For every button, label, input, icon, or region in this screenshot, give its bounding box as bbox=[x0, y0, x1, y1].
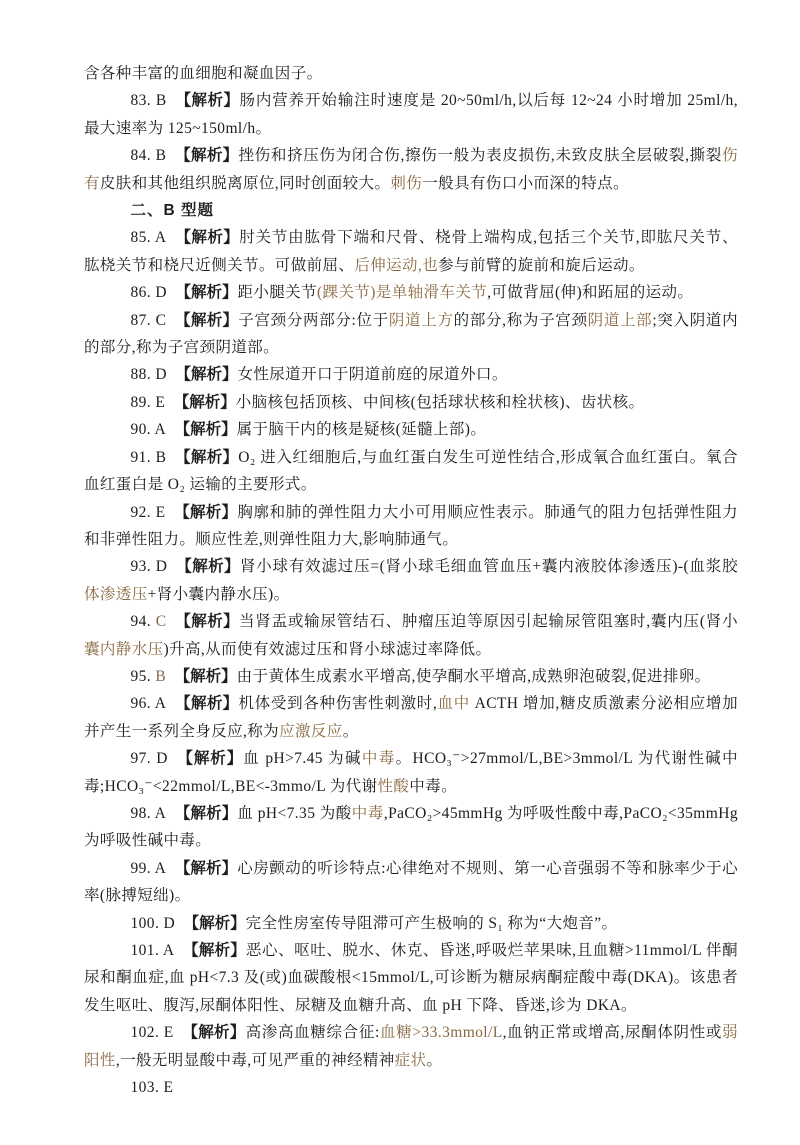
analysis-marker: 【解析】 bbox=[184, 915, 246, 932]
answer-number: 85. A bbox=[131, 229, 176, 246]
answer-letter: C bbox=[156, 613, 167, 630]
body-text: 距小腿关节 bbox=[237, 284, 317, 301]
analysis-marker: 【解析】 bbox=[175, 695, 239, 712]
analysis-marker: 【解析】 bbox=[175, 147, 239, 164]
highlighted-text: 血糖>33.3mmol/L bbox=[380, 1024, 503, 1041]
answer-number: 86. D bbox=[131, 284, 176, 301]
analysis-marker: 【解析】 bbox=[175, 449, 238, 466]
answer-93: 93. D【解析】肾小球有效滤过压=(肾小球毛细血管血压+囊内液胶体渗透压)-(… bbox=[84, 553, 738, 608]
answer-number: 95. B bbox=[131, 668, 175, 685]
answer-number: 99. A bbox=[131, 860, 175, 877]
answer-97: 97. D【解析】血 pH>7.45 为碱中毒。HCO₃⁻>27mmol/L,B… bbox=[84, 745, 738, 800]
body-text: 高渗高血糖综合征: bbox=[246, 1024, 380, 1041]
answer-91: 91. B【解析】O₂ 进入红细胞后,与血红蛋白发生可逆性结合,形成氧合血红蛋白… bbox=[84, 444, 738, 499]
body-text: 二、B 型题 bbox=[131, 202, 215, 219]
answer-86: 86. D【解析】距小腿关节(踝关节)是单轴滑车关节,可做背屈(伸)和跖屈的运动… bbox=[84, 279, 738, 306]
body-text: 血 pH>7.45 为碱 bbox=[243, 750, 362, 767]
answer-92: 92. E【解析】胸廓和肺的弹性阻力大小可用顺应性表示。肺通气的阻力包括弹性阻力… bbox=[84, 499, 738, 554]
answer-number: 87. C bbox=[131, 312, 175, 329]
answer-number: 97. D bbox=[131, 750, 177, 767]
body-text: ,血钠正常或增高,尿酮体阴性或 bbox=[503, 1024, 722, 1041]
analysis-marker: 【解析】 bbox=[174, 394, 236, 411]
answer-85: 85. A【解析】肘关节由肱骨下端和尺骨、桡骨上端构成,包括三个关节,即肱尺关节… bbox=[84, 224, 738, 279]
highlighted-text: 囊内静水压 bbox=[84, 641, 164, 658]
highlighted-text: 阴道上部 bbox=[588, 312, 653, 329]
section-heading-b-type: 二、B 型题 bbox=[84, 197, 738, 224]
highlighted-text: 阴道上方 bbox=[389, 312, 454, 329]
answer-84: 84. B【解析】挫伤和挤压伤为闭合伤,擦伤一般为表皮损伤,未致皮肤全层破裂,撕… bbox=[84, 142, 738, 197]
highlighted-text: 性酸 bbox=[377, 778, 409, 795]
body-text: 含各种丰富的血细胞和凝血因子。 bbox=[84, 65, 323, 82]
answer-103: 103. E bbox=[84, 1074, 738, 1101]
body-text: 的部分,称为子宫颈 bbox=[454, 312, 588, 329]
analysis-marker: 【解析】 bbox=[176, 558, 240, 575]
body-text: 肾小球有效滤过压=(肾小球毛细血管血压+囊内液胶体渗透压)-(血浆胶 bbox=[240, 558, 738, 575]
analysis-marker: 【解析】 bbox=[182, 1024, 245, 1041]
answer-number: 88. D bbox=[131, 366, 176, 383]
highlighted-text: 应激反应 bbox=[279, 723, 343, 740]
body-text: 由于黄体生成素水平增高,使孕酮水平增高,成熟卵泡破裂,促进排卵。 bbox=[237, 668, 711, 685]
body-text: )升高,从而使有效滤过压和肾小球滤过率降低。 bbox=[164, 641, 492, 658]
body-text: 。 bbox=[426, 1052, 442, 1069]
highlighted-text: (踝关节)是单轴滑车关节 bbox=[317, 284, 487, 301]
answer-number: 84. B bbox=[131, 147, 175, 164]
analysis-marker: 【解析】 bbox=[175, 421, 237, 438]
analysis-marker: 【解析】 bbox=[175, 284, 237, 301]
answer-94: 94. C【解析】当肾盂或输尿管结石、肿瘤压迫等原因引起输尿管阻塞时,囊内压(肾… bbox=[84, 608, 738, 663]
answer-number: 89. E bbox=[131, 394, 174, 411]
answer-90: 90. A【解析】属于脑干内的核是疑核(延髓上部)。 bbox=[84, 416, 738, 443]
answer-83: 83. B【解析】肠内营养开始输注时速度是 20~50ml/h,以后每 12~2… bbox=[84, 87, 738, 142]
analysis-marker: 【解析】 bbox=[175, 613, 239, 630]
answer-number: 103. E bbox=[131, 1079, 182, 1096]
answer-number: 96. A bbox=[131, 695, 175, 712]
body-text: 中毒。 bbox=[409, 778, 457, 795]
analysis-marker: 【解析】 bbox=[175, 366, 237, 383]
body-text: 完全性房室传导阻滞可产生极响的 S₁ 称为“大炮音”。 bbox=[246, 915, 618, 932]
answer-102: 102. E【解析】高渗高血糖综合征:血糖>33.3mmol/L,血钠正常或增高… bbox=[84, 1019, 738, 1074]
answer-number: 102. E bbox=[131, 1024, 183, 1041]
answer-88: 88. D【解析】女性尿道开口于阴道前庭的尿道外口。 bbox=[84, 361, 738, 388]
answer-101: 101. A【解析】恶心、呕吐、脱水、休克、昏迷,呼吸烂苹果味,且血糖>11mm… bbox=[84, 937, 738, 1019]
answer-99: 99. A【解析】心房颤动的听诊特点:心律绝对不规则、第一心音强弱不等和脉率少于… bbox=[84, 855, 738, 910]
body-text: 血 pH<7.35 为酸 bbox=[237, 805, 351, 822]
p-continued-from-previous-page: 含各种丰富的血细胞和凝血因子。 bbox=[84, 60, 738, 87]
body-text: 子宫颈分两部分:位于 bbox=[238, 312, 389, 329]
highlighted-text: 中毒 bbox=[352, 805, 384, 822]
answer-89: 89. E【解析】小脑核包括顶核、中间核(包括球状核和栓状核)、齿状核。 bbox=[84, 389, 738, 416]
highlighted-text: 体渗透压 bbox=[84, 586, 148, 603]
answer-96: 96. A【解析】机体受到各种伤害性刺激时,血中 ACTH 增加,糖皮质激素分泌… bbox=[84, 690, 738, 745]
body-text: 。 bbox=[343, 723, 359, 740]
answer-number: 101. A bbox=[131, 942, 183, 959]
body-text: 皮肤和其他组织脱离原位,同时创面较大。 bbox=[100, 175, 390, 192]
answer-98: 98. A【解析】血 pH<7.35 为酸中毒,PaCO₂>45mmHg 为呼吸… bbox=[84, 800, 738, 855]
answer-number: 100. D bbox=[131, 915, 184, 932]
analysis-marker: 【解析】 bbox=[175, 860, 238, 877]
body-text: 机体受到各种伤害性刺激时, bbox=[238, 695, 437, 712]
answer-number: 83. B bbox=[131, 92, 176, 109]
highlighted-text: 症状 bbox=[395, 1052, 427, 1069]
body-text: 属于脑干内的核是疑核(延髓上部)。 bbox=[237, 421, 487, 438]
highlighted-text: 刺伤 bbox=[390, 175, 422, 192]
answer-87: 87. C【解析】子宫颈分两部分:位于阴道上方的部分,称为子宫颈阴道上部;突入阴… bbox=[84, 307, 738, 362]
analysis-marker: 【解析】 bbox=[175, 312, 238, 329]
highlighted-text: 后伸运动,也 bbox=[354, 257, 438, 274]
answer-number: 90. A bbox=[131, 421, 175, 438]
document-page: 含各种丰富的血细胞和凝血因子。83. B【解析】肠内营养开始输注时速度是 20~… bbox=[0, 0, 800, 1145]
body-text: 小脑核包括顶核、中间核(包括球状核和栓状核)、齿状核。 bbox=[236, 394, 645, 411]
answer-key-text-body: 含各种丰富的血细胞和凝血因子。83. B【解析】肠内营养开始输注时速度是 20~… bbox=[84, 60, 738, 1101]
analysis-marker: 【解析】 bbox=[174, 504, 237, 521]
analysis-marker: 【解析】 bbox=[175, 668, 237, 685]
analysis-marker: 【解析】 bbox=[183, 942, 246, 959]
answer-letter: B bbox=[155, 668, 166, 685]
analysis-marker: 【解析】 bbox=[175, 805, 238, 822]
answer-number: 91. B bbox=[131, 449, 175, 466]
analysis-marker: 【解析】 bbox=[175, 229, 239, 246]
highlighted-text: 血中 bbox=[437, 695, 470, 712]
answer-number: 94. C bbox=[131, 613, 176, 630]
answer-number: 98. A bbox=[131, 805, 175, 822]
body-text: +肾小囊内静水压)。 bbox=[148, 586, 290, 603]
analysis-marker: 【解析】 bbox=[175, 92, 239, 109]
highlighted-text: 中毒 bbox=[362, 750, 396, 767]
answer-number: 93. D bbox=[131, 558, 176, 575]
body-text: 一般具有伤口小而深的特点。 bbox=[422, 175, 629, 192]
body-text: 参与前臂的旋前和旋后运动。 bbox=[438, 257, 645, 274]
body-text: 挫伤和挤压伤为闭合伤,擦伤一般为表皮损伤,未致皮肤全层破裂,撕裂 bbox=[238, 147, 722, 164]
body-text: ,一般无明显酸中毒,可见严重的神经精神 bbox=[116, 1052, 395, 1069]
body-text: 女性尿道开口于阴道前庭的尿道外口。 bbox=[237, 366, 507, 383]
body-text: 当肾盂或输尿管结石、肿瘤压迫等原因引起输尿管阻塞时,囊内压(肾小 bbox=[239, 613, 738, 630]
answer-number: 92. E bbox=[131, 504, 175, 521]
answer-100: 100. D【解析】完全性房室传导阻滞可产生极响的 S₁ 称为“大炮音”。 bbox=[84, 910, 738, 937]
body-text: ,可做背屈(伸)和跖屈的运动。 bbox=[487, 284, 693, 301]
answer-95: 95. B【解析】由于黄体生成素水平增高,使孕酮水平增高,成熟卵泡破裂,促进排卵… bbox=[84, 663, 738, 690]
analysis-marker: 【解析】 bbox=[176, 750, 243, 767]
